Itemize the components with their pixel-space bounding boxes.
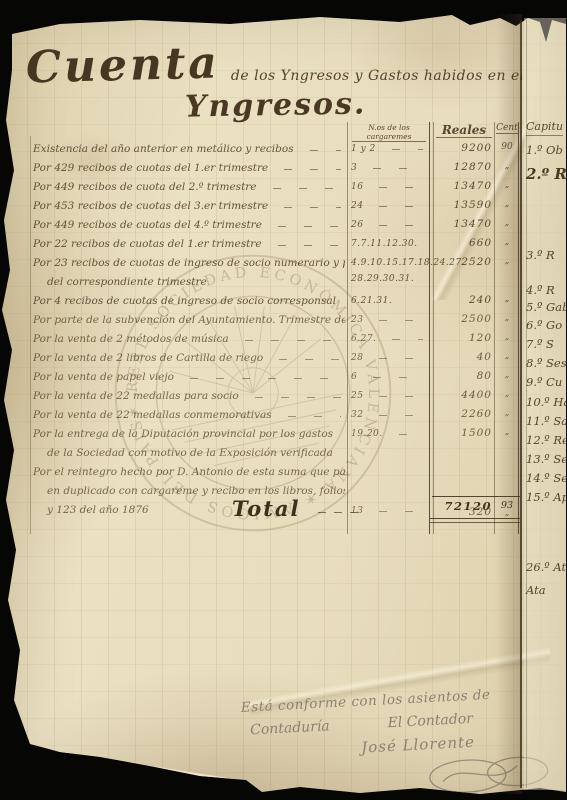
row-label-text: Por 449 recibos de cuota del 2.º trimest… xyxy=(33,178,257,197)
facing-page-item: Ata xyxy=(526,583,546,597)
table-row: Por 449 recibos de cuota del 2.º trimest… xyxy=(30,178,522,197)
facing-page-item: 2.º R xyxy=(526,165,566,183)
row-label-text: Por 429 recibos de cuotas del 1.er trime… xyxy=(33,159,268,178)
row-reales-value: 80 xyxy=(434,370,492,382)
dash-leader xyxy=(361,374,423,380)
row-label-text: Por 449 recibos de cuotas del 4.º trimes… xyxy=(33,216,262,235)
row-reales-value: 240 xyxy=(434,294,492,306)
cargaremes-numbers: 32 xyxy=(351,408,363,422)
scanned-document: Cuenta de los Yngresos y Gastos habidos … xyxy=(0,0,567,800)
row-reales-value: 4400 xyxy=(434,389,492,401)
row-label-text: Por la venta de 2 métodos de música xyxy=(33,330,229,349)
row-reales-value: 2520 xyxy=(434,256,492,268)
dash-leader xyxy=(272,204,341,210)
cargaremes-numbers: 3 xyxy=(351,161,357,175)
title-cuenta: Cuenta xyxy=(26,40,220,91)
cargaremes-numbers: 1 y 2 xyxy=(351,142,376,156)
row-label-text: Por parte de la subvención del Ayuntamie… xyxy=(33,311,345,330)
dash-leader xyxy=(367,393,423,399)
cargaremes-numbers: 23 xyxy=(351,313,363,327)
dash-leader xyxy=(298,147,341,153)
facing-page-item: 15.º Ap xyxy=(526,490,566,504)
facing-page-item: 26.º Ate xyxy=(526,560,566,574)
facing-page-item: 11.º Sal xyxy=(526,414,566,428)
cargaremes-numbers: 25 xyxy=(351,389,363,403)
dash-leader xyxy=(367,184,423,190)
column-header-reales: Reales xyxy=(436,123,492,138)
row-label-text: Por 23 recibos de cuotas de ingreso de s… xyxy=(33,254,345,273)
dash-leader xyxy=(387,431,423,437)
row-cargaremes: 4.9.10.15.17.18.24.27.28.29.30.31. xyxy=(351,254,427,286)
row-cargaremes: 32 xyxy=(351,406,427,422)
total-block: Total 72120 93 xyxy=(30,494,522,534)
row-reales-value: 1500 xyxy=(434,427,492,439)
row-label-text: Por el reintegro hecho por D. Antonio de… xyxy=(33,463,345,482)
facing-page-item: 1.º Ob xyxy=(526,143,563,157)
table-row: Por 429 recibos de cuotas del 1.er trime… xyxy=(30,159,522,178)
facing-page-item: 7.º S xyxy=(526,337,554,351)
row-label-text: Por la venta de 22 medallas para socio xyxy=(33,387,239,406)
row-reales-value: 660 xyxy=(434,237,492,249)
facing-page-item: 3.º R xyxy=(526,248,555,262)
row-reales-value: 13470 xyxy=(434,218,492,230)
facing-page-item: 10.º Han xyxy=(526,395,566,409)
dash-leader xyxy=(272,166,341,172)
dash-leader xyxy=(367,222,423,228)
facing-page-item: 8.º Ses xyxy=(526,356,566,370)
row-cargaremes: 16 xyxy=(351,178,427,194)
row-label: Por la venta de papel viejo xyxy=(33,368,345,387)
torn-edge-highlight xyxy=(31,747,245,785)
row-cargaremes: 25 xyxy=(351,387,427,403)
fold-shadow xyxy=(496,14,522,794)
row-label-text: Por la venta de 22 medallas conmemorativ… xyxy=(33,406,272,425)
note-contaduria: Contaduría xyxy=(250,718,330,738)
row-cargaremes: 26 xyxy=(351,216,427,232)
row-label-text: de la Sociedad con motivo de la Exposici… xyxy=(47,444,333,463)
row-label: Por 429 recibos de cuotas del 1.er trime… xyxy=(33,159,345,178)
row-label-text: del correspondiente trimestre xyxy=(47,273,207,292)
row-cargaremes: 1 y 2 xyxy=(351,140,427,156)
dash-leader xyxy=(266,242,341,248)
dash-leader xyxy=(367,317,423,323)
row-reales-value: 120 xyxy=(434,332,492,344)
row-cargaremes: 6.27. xyxy=(351,330,427,346)
dash-leader xyxy=(367,203,423,209)
row-label-text: Por 4 recibos de cuotas de ingreso de so… xyxy=(33,292,336,311)
facing-page-edge: Capitu 1.º Ob2.º R3.º R4.º R5.º Gab6.º G… xyxy=(524,18,566,790)
facing-page-item: 13.º Sec xyxy=(526,452,566,466)
row-label: Existencia del año anterior en metálico … xyxy=(33,140,345,159)
row-label-text: Existencia del año anterior en metálico … xyxy=(33,140,294,159)
total-dash-leader xyxy=(318,512,364,513)
row-cargaremes: 6 xyxy=(351,368,427,384)
facing-page-item: 5.º Gab xyxy=(526,300,566,314)
document-header: Cuenta de los Yngresos y Gastos habidos … xyxy=(26,40,522,91)
facing-page-item: 9.º Cu xyxy=(526,375,562,389)
title-subtitle: de los Yngresos y Gastos habidos en el a… xyxy=(231,68,522,84)
dash-leader xyxy=(367,355,423,361)
cargaremes-numbers: 28 xyxy=(351,351,363,365)
row-label: Por la venta de 2 libros de Cartilla de … xyxy=(33,349,345,368)
row-reales-value: 12870 xyxy=(434,161,492,173)
ingresos-table: N.os de los cargaremes Reales Cent Exist… xyxy=(30,122,522,534)
row-label: Por la venta de 22 medallas para socio xyxy=(33,387,345,406)
row-label: Por 453 recibos de cuotas del 3.er trime… xyxy=(33,197,345,216)
facing-page-header: Capitu xyxy=(526,120,563,136)
table-row: Por la venta de 22 medallas conmemorativ… xyxy=(30,406,522,425)
dash-leader xyxy=(267,356,341,362)
total-reales-value: 72120 xyxy=(434,499,492,513)
row-cargaremes: 7.7.11.12.30. xyxy=(351,235,427,251)
row-label: Por la venta de 22 medallas conmemorativ… xyxy=(33,406,345,425)
row-cargaremes: 19.20. xyxy=(351,425,427,441)
row-label: Por 449 recibos de cuotas del 4.º trimes… xyxy=(33,216,345,235)
table-row: Por 22 recibos de cuotas del 1.er trimes… xyxy=(30,235,522,254)
row-label-text: Por 453 recibos de cuotas del 3.er trime… xyxy=(33,197,268,216)
cargaremes-numbers: 6.27. xyxy=(351,332,376,346)
dash-leader xyxy=(243,394,341,400)
table-row: Por 4 recibos de cuotas de ingreso de so… xyxy=(30,292,522,311)
row-label-text: Por la venta de papel viejo xyxy=(33,368,174,387)
row-label: Por 22 recibos de cuotas del 1.er trimes… xyxy=(33,235,345,254)
table-row: Por la venta de 2 libros de Cartilla de … xyxy=(30,349,522,368)
facing-page-item: 12.º Ren xyxy=(526,433,566,447)
row-reales-value: 2260 xyxy=(434,408,492,420)
dash-leader xyxy=(276,413,341,419)
table-row: Por la venta de 22 medallas para socio25… xyxy=(30,387,522,406)
table-row: Por parte de la subvención del Ayuntamie… xyxy=(30,311,522,330)
facing-page-item: 4.º R xyxy=(526,283,555,297)
row-label: Por 449 recibos de cuota del 2.º trimest… xyxy=(33,178,345,197)
row-label: Por 23 recibos de cuotas de ingreso de s… xyxy=(33,254,345,292)
section-title-ingresos: Yngresos. xyxy=(185,86,367,124)
cargaremes-numbers: 19.20. xyxy=(351,427,383,441)
table-row: Por la venta de 2 métodos de música6.27.… xyxy=(30,330,522,349)
cargaremes-numbers: 24 xyxy=(351,199,363,213)
table-row: Por la venta de papel viejo680„ xyxy=(30,368,522,387)
row-reales-value: 40 xyxy=(434,351,492,363)
table-rows: Existencia del año anterior en metálico … xyxy=(30,140,522,520)
cargaremes-numbers: 26 xyxy=(351,218,363,232)
row-cargaremes: 28 xyxy=(351,349,427,365)
table-row: Por 23 recibos de cuotas de ingreso de s… xyxy=(30,254,522,292)
cargaremes-numbers: 7.7.11.12.30. xyxy=(351,237,418,251)
cargaremes-numbers: 28.29.30.31. xyxy=(351,272,414,286)
dash-leader xyxy=(380,336,423,342)
cargaremes-numbers: 6 xyxy=(351,370,357,384)
facing-page-item: 14.º Se xyxy=(526,471,566,485)
row-cargaremes: 6.21.31. xyxy=(351,292,427,308)
row-label-text: Por la entrega de la Diputación provinci… xyxy=(33,425,333,444)
dash-leader xyxy=(340,299,341,305)
dash-leader xyxy=(380,146,423,152)
dash-leader xyxy=(367,412,423,418)
row-reales-value: 2500 xyxy=(434,313,492,325)
row-label-text: Por 22 recibos de cuotas del 1.er trimes… xyxy=(33,235,262,254)
row-label: Por parte de la subvención del Ayuntamie… xyxy=(33,311,345,330)
note-el-contador: El Contador xyxy=(387,711,473,731)
manuscript-page: Cuenta de los Yngresos y Gastos habidos … xyxy=(0,0,567,800)
cargaremes-numbers: 16 xyxy=(351,180,363,194)
total-label: Total xyxy=(232,496,301,521)
row-cargaremes: 24 xyxy=(351,197,427,213)
row-label: Por la venta de 2 métodos de música xyxy=(33,330,345,349)
table-row: Existencia del año anterior en metálico … xyxy=(30,140,522,159)
dash-leader xyxy=(261,185,341,191)
row-cargaremes: 3 xyxy=(351,159,427,175)
row-label-text: Por la venta de 2 libros de Cartilla de … xyxy=(33,349,263,368)
dash-leader xyxy=(178,375,341,381)
dash-leader xyxy=(361,165,423,171)
row-reales-value: 13470 xyxy=(434,180,492,192)
row-reales-value: 9200 xyxy=(434,142,492,154)
facing-page-item: 6.º Go xyxy=(526,318,562,332)
cargaremes-numbers: 6.21.31. xyxy=(351,294,392,308)
table-row: Por la entrega de la Diputación provinci… xyxy=(30,425,522,463)
row-label: Por la entrega de la Diputación provinci… xyxy=(33,425,345,463)
dash-leader xyxy=(233,337,341,343)
row-reales-value: 13590 xyxy=(434,199,492,211)
row-label: Por 4 recibos de cuotas de ingreso de so… xyxy=(33,292,345,311)
table-row: Por 453 recibos de cuotas del 3.er trime… xyxy=(30,197,522,216)
table-row: Por 449 recibos de cuotas del 4.º trimes… xyxy=(30,216,522,235)
row-cargaremes: 23 xyxy=(351,311,427,327)
dash-leader xyxy=(266,223,341,229)
